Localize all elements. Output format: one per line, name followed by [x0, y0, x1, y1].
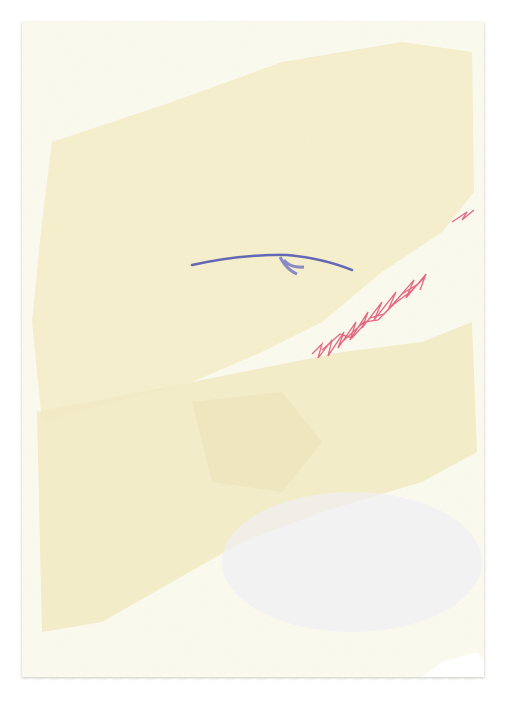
paper-residue: [22, 22, 484, 677]
